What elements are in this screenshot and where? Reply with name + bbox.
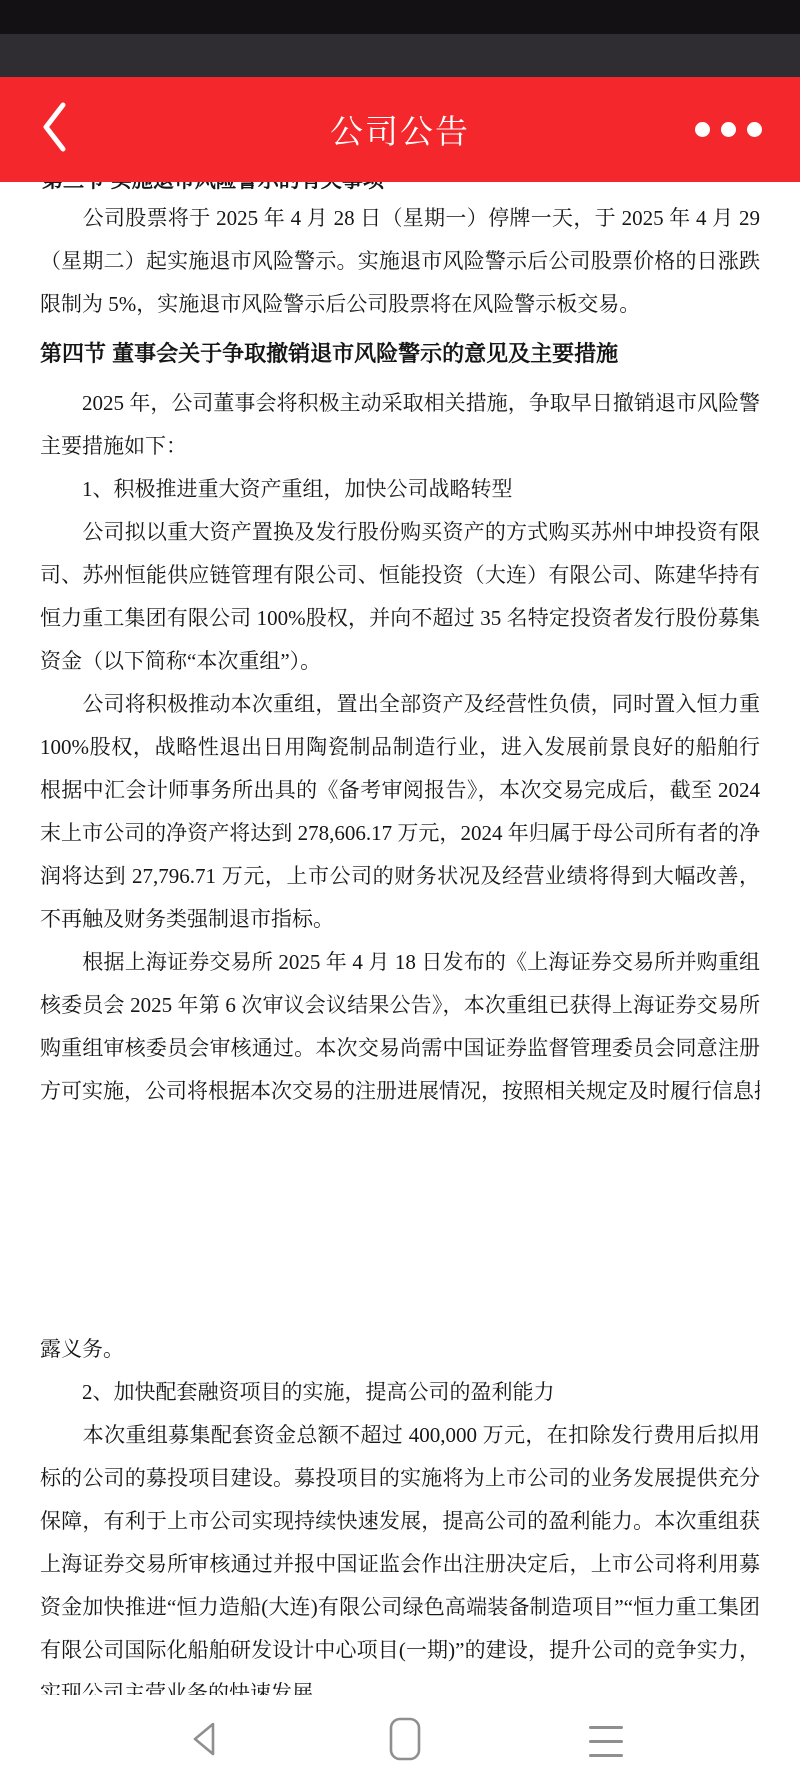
clipped-heading-text: 第三节 实施退市风险警示的有关事项 — [42, 182, 384, 196]
back-button[interactable] — [40, 77, 100, 182]
home-square-icon — [387, 1716, 423, 1767]
document-text-line: 根据上海证券交易所 2025 年 4 月 18 日发布的《上海证券交易所并购重组… — [40, 941, 760, 984]
document-text-line: 公司股票将于 2025 年 4 月 28 日（星期一）停牌一天，于 2025 年… — [40, 197, 760, 240]
ellipsis-dot-icon — [721, 122, 736, 137]
document-text-line: 本次重组募集配套资金总额不超过 400,000 万元，在扣除发行费用后拟用于 — [40, 1414, 760, 1457]
nav-home-button[interactable] — [365, 1695, 445, 1787]
document-text-line: （星期二）起实施退市风险警示。实施退市风险警示后公司股票价格的日涨跌幅 — [40, 240, 760, 283]
status-bar-top — [0, 0, 800, 34]
document-scroll-area[interactable]: 第三节 实施退市风险警示的有关事项 公司股票将于 2025 年 4 月 28 日… — [0, 182, 800, 1715]
document-body: 公司股票将于 2025 年 4 月 28 日（星期一）停牌一天，于 2025 年… — [40, 197, 760, 1715]
ellipsis-dot-icon — [747, 122, 762, 137]
document-text-line: 100%股权，战略性退出日用陶瓷制品制造行业，进入发展前景良好的船舶行业。 — [40, 726, 760, 769]
document-text-line: 润将达到 27,796.71 万元，上市公司的财务状况及经营业绩将得到大幅改善，… — [40, 855, 760, 898]
document-text-line: 2025 年，公司董事会将积极主动采取相关措施，争取早日撤销退市风险警示， — [40, 382, 760, 425]
section-heading: 第四节 董事会关于争取撤销退市风险警示的意见及主要措施 — [40, 326, 760, 382]
document-text-line: 保障，有利于上市公司实现持续快速发展，提高公司的盈利能力。本次重组获得 — [40, 1500, 760, 1543]
document-text-line: 公司将积极推动本次重组，置出全部资产及经营性负债，同时置入恒力重工 — [40, 683, 760, 726]
page-break-gap — [40, 1113, 760, 1328]
document-text-line: 资金加快推进“恒力造船(大连)有限公司绿色高端装备制造项目”“恒力重工集团 — [40, 1586, 760, 1629]
document-text-line: 末上市公司的净资产将达到 278,606.17 万元，2024 年归属于母公司所… — [40, 812, 760, 855]
document-text-line: 购重组审核委员会审核通过。本次交易尚需中国证券监督管理委员会同意注册后 — [40, 1027, 760, 1070]
document-text-line: 恒力重工集团有限公司 100%股权，并向不超过 35 名特定投资者发行股份募集配… — [40, 597, 760, 640]
clipped-heading: 第三节 实施退市风险警示的有关事项 — [40, 182, 760, 197]
ellipsis-dot-icon — [695, 122, 710, 137]
app-header: 公司公告 — [0, 77, 800, 182]
phone-screen: 公司公告 第三节 实施退市风险警示的有关事项 公司股票将于 2025 年 4 月… — [0, 0, 800, 1787]
document-text-line: 上海证券交易所审核通过并报中国证监会作出注册决定后，上市公司将利用募集 — [40, 1543, 760, 1586]
document-text-line: 方可实施，公司将根据本次交易的注册进展情况，按照相关规定及时履行信息披 — [40, 1070, 760, 1113]
status-bar — [0, 34, 800, 77]
document-text-line: 公司拟以重大资产置换及发行股份购买资产的方式购买苏州中坤投资有限公 — [40, 511, 760, 554]
document-text-line: 露义务。 — [40, 1328, 760, 1371]
nav-back-button[interactable] — [165, 1695, 245, 1787]
recents-lines-icon — [589, 1726, 623, 1757]
document-text-line: 有限公司国际化船舶研发设计中心项目(一期)”的建设，提升公司的竞争实力， — [40, 1629, 760, 1672]
document-text-line: 1、积极推进重大资产重组，加快公司战略转型 — [40, 468, 760, 511]
document-text-line: 资金（以下简称“本次重组”）。 — [40, 640, 760, 683]
chevron-left-icon — [40, 101, 68, 158]
document-text-line: 核委员会 2025 年第 6 次审议会议结果公告》，本次重组已获得上海证券交易所… — [40, 984, 760, 1027]
nav-recents-button[interactable] — [566, 1695, 646, 1787]
back-triangle-icon — [187, 1720, 223, 1763]
page-title: 公司公告 — [0, 77, 800, 182]
document-text-line: 司、苏州恒能供应链管理有限公司、恒能投资（大连）有限公司、陈建华持有的 — [40, 554, 760, 597]
document-text-line: 不再触及财务类强制退市指标。 — [40, 898, 760, 941]
document-text-line: 2、加快配套融资项目的实施，提高公司的盈利能力 — [40, 1371, 760, 1414]
document-text-line: 标的公司的募投项目建设。募投项目的实施将为上市公司的业务发展提供充分的 — [40, 1457, 760, 1500]
document-text-line: 限制为 5%，实施退市风险警示后公司股票将在风险警示板交易。 — [40, 283, 760, 326]
android-nav-bar — [0, 1695, 800, 1787]
document-text-line: 根据中汇会计师事务所出具的《备考审阅报告》，本次交易完成后，截至 2024 年 — [40, 769, 760, 812]
menu-button[interactable] — [695, 77, 762, 182]
document-text-line: 主要措施如下： — [40, 425, 760, 468]
